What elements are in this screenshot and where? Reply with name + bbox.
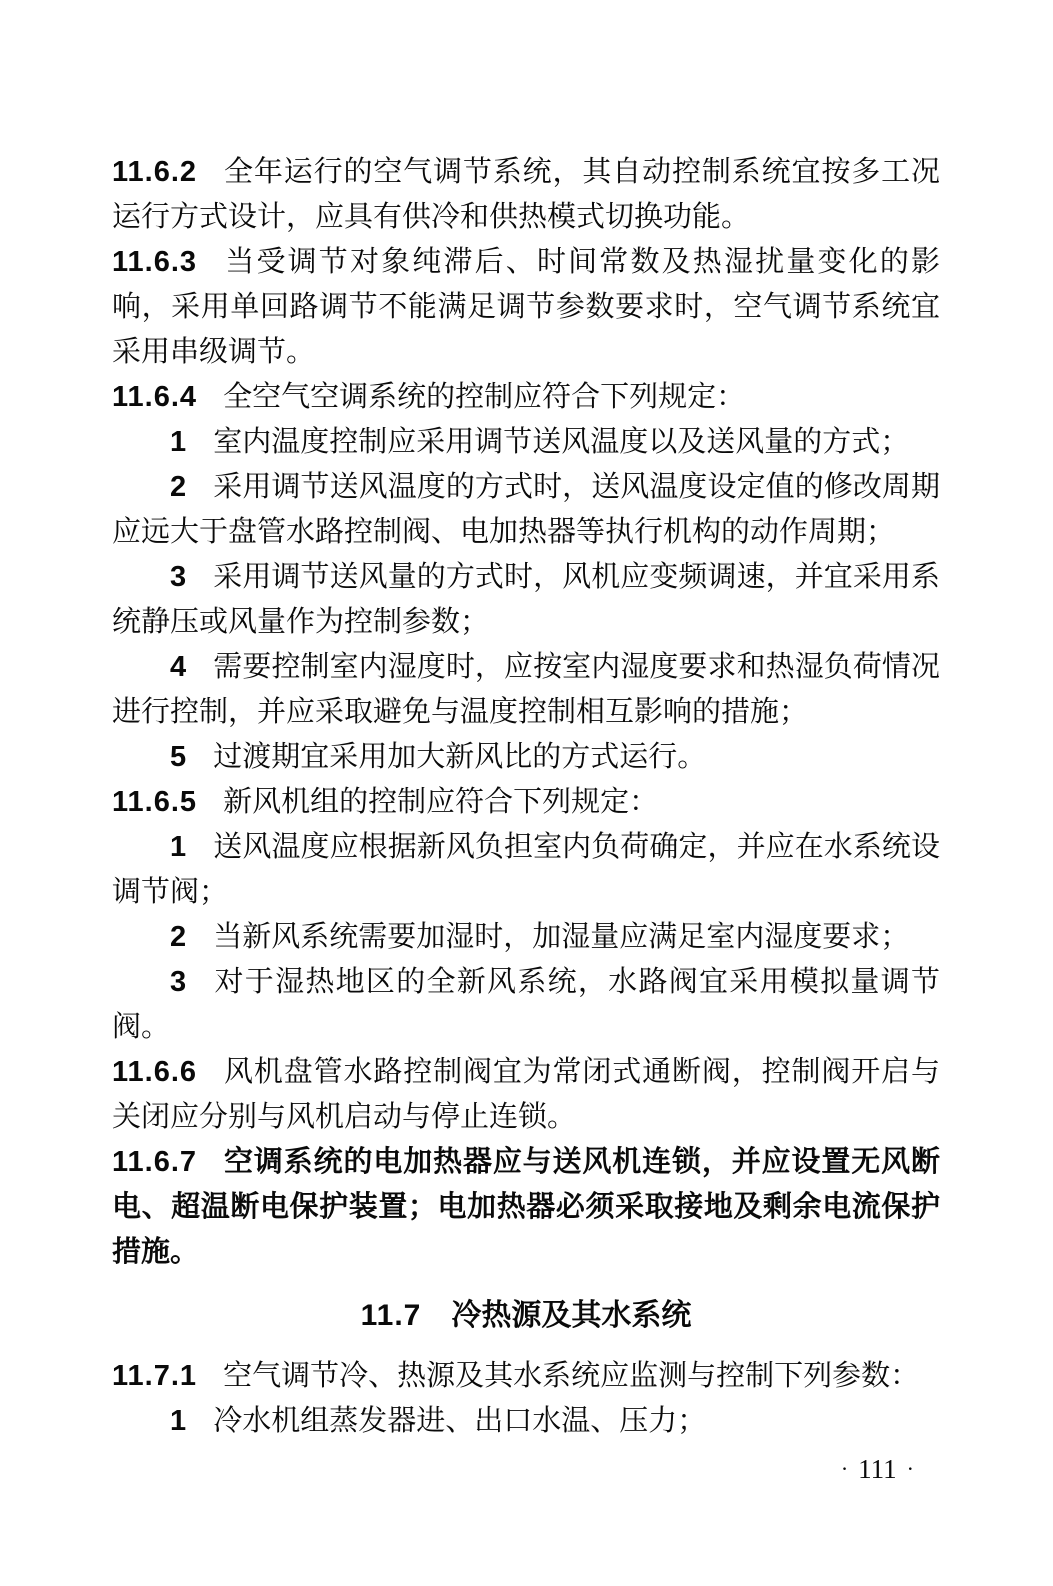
item-number: 5 <box>170 741 187 773</box>
clause-text: 全空气空调系统的控制应符合下列规定： <box>223 381 745 413</box>
item-number: 1 <box>170 426 187 458</box>
item-number: 3 <box>170 966 187 998</box>
item-text: 室内温度控制应采用调节送风温度以及送风量的方式； <box>213 426 909 458</box>
list-item-2: 2采用调节送风温度的方式时，送风温度设定值的修改周期应远大于盘管水路控制阀、电加… <box>112 465 940 555</box>
list-item-4: 4需要控制室内湿度时，应按室内湿度要求和热湿负荷情况进行控制，并应采取避免与温度… <box>112 645 940 735</box>
section-heading-number: 11.7 <box>361 1299 422 1332</box>
list-item-1: 1送风温度应根据新风负担室内负荷确定，并应在水系统设调节阀； <box>112 825 940 915</box>
list-item-1: 1冷水机组蒸发器进、出口水温、压力； <box>112 1399 940 1444</box>
item-number: 4 <box>170 651 187 683</box>
clause-text: 全年运行的空气调节系统，其自动控制系统宜按多工况运行方式设计，应具有供冷和供热模… <box>112 156 940 233</box>
section-heading-11-7: 11.7冷热源及其水系统 <box>112 1293 940 1338</box>
clause-number: 11.6.3 <box>112 246 197 278</box>
clause-text: 当受调节对象纯滞后、时间常数及热湿扰量变化的影响，采用单回路调节不能满足调节参数… <box>112 246 940 368</box>
page-number: 111 <box>858 1454 897 1484</box>
footer-right-dot: · <box>907 1456 914 1481</box>
item-number: 2 <box>170 921 187 953</box>
clause-11-6-2: 11.6.2全年运行的空气调节系统，其自动控制系统宜按多工况运行方式设计，应具有… <box>112 150 940 240</box>
page-footer: ·111· <box>112 1446 940 1492</box>
item-text: 采用调节送风量的方式时，风机应变频调速，并宜采用系统静压或风量作为控制参数； <box>112 561 940 638</box>
item-number: 3 <box>170 561 187 593</box>
clause-11-7-1: 11.7.1空气调节冷、热源及其水系统应监测与控制下列参数： <box>112 1354 940 1399</box>
item-text: 需要控制室内湿度时，应按室内湿度要求和热湿负荷情况进行控制，并应采取避免与温度控… <box>112 651 940 728</box>
clause-11-6-5: 11.6.5新风机组的控制应符合下列规定： <box>112 780 940 825</box>
list-item-5: 5过渡期宜采用加大新风比的方式运行。 <box>112 735 940 780</box>
clause-number: 11.6.4 <box>112 381 197 413</box>
clause-number: 11.6.6 <box>112 1056 197 1088</box>
clause-11-6-3: 11.6.3当受调节对象纯滞后、时间常数及热湿扰量变化的影响，采用单回路调节不能… <box>112 240 940 375</box>
clause-number: 11.6.5 <box>112 786 197 818</box>
clause-11-6-7-mandatory: 11.6.7空调系统的电加热器应与送风机连锁，并应设置无风断电、超温断电保护装置… <box>112 1140 940 1275</box>
footer-left-dot: · <box>841 1456 848 1481</box>
item-text: 过渡期宜采用加大新风比的方式运行。 <box>213 741 706 773</box>
list-item-3: 3对于湿热地区的全新风系统，水路阀宜采用模拟量调节阀。 <box>112 960 940 1050</box>
clause-text: 空气调节冷、热源及其水系统应监测与控制下列参数： <box>223 1360 919 1392</box>
clause-number: 11.7.1 <box>112 1360 197 1392</box>
item-text: 采用调节送风温度的方式时，送风温度设定值的修改周期应远大于盘管水路控制阀、电加热… <box>112 471 940 548</box>
item-number: 2 <box>170 471 187 503</box>
list-item-2: 2当新风系统需要加湿时，加湿量应满足室内湿度要求； <box>112 915 940 960</box>
clause-number: 11.6.7 <box>112 1146 197 1178</box>
clause-text: 风机盘管水路控制阀宜为常闭式通断阀，控制阀开启与关闭应分别与风机启动与停止连锁。 <box>112 1056 940 1133</box>
list-item-3: 3采用调节送风量的方式时，风机应变频调速，并宜采用系统静压或风量作为控制参数； <box>112 555 940 645</box>
item-text: 冷水机组蒸发器进、出口水温、压力； <box>213 1405 706 1437</box>
item-text: 对于湿热地区的全新风系统，水路阀宜采用模拟量调节阀。 <box>112 966 940 1043</box>
section-heading-title: 冷热源及其水系统 <box>451 1299 691 1332</box>
document-page: 11.6.2全年运行的空气调节系统，其自动控制系统宜按多工况运行方式设计，应具有… <box>112 150 940 1492</box>
item-number: 1 <box>170 1405 187 1437</box>
list-item-1: 1室内温度控制应采用调节送风温度以及送风量的方式； <box>112 420 940 465</box>
item-text: 当新风系统需要加湿时，加湿量应满足室内湿度要求； <box>213 921 909 953</box>
clause-11-6-6: 11.6.6风机盘管水路控制阀宜为常闭式通断阀，控制阀开启与关闭应分别与风机启动… <box>112 1050 940 1140</box>
clause-text: 空调系统的电加热器应与送风机连锁，并应设置无风断电、超温断电保护装置；电加热器必… <box>112 1146 940 1268</box>
clause-11-6-4: 11.6.4全空气空调系统的控制应符合下列规定： <box>112 375 940 420</box>
clause-text: 新风机组的控制应符合下列规定： <box>223 786 658 818</box>
item-text: 送风温度应根据新风负担室内负荷确定，并应在水系统设调节阀； <box>112 831 940 908</box>
clause-number: 11.6.2 <box>112 156 197 188</box>
item-number: 1 <box>170 831 187 863</box>
